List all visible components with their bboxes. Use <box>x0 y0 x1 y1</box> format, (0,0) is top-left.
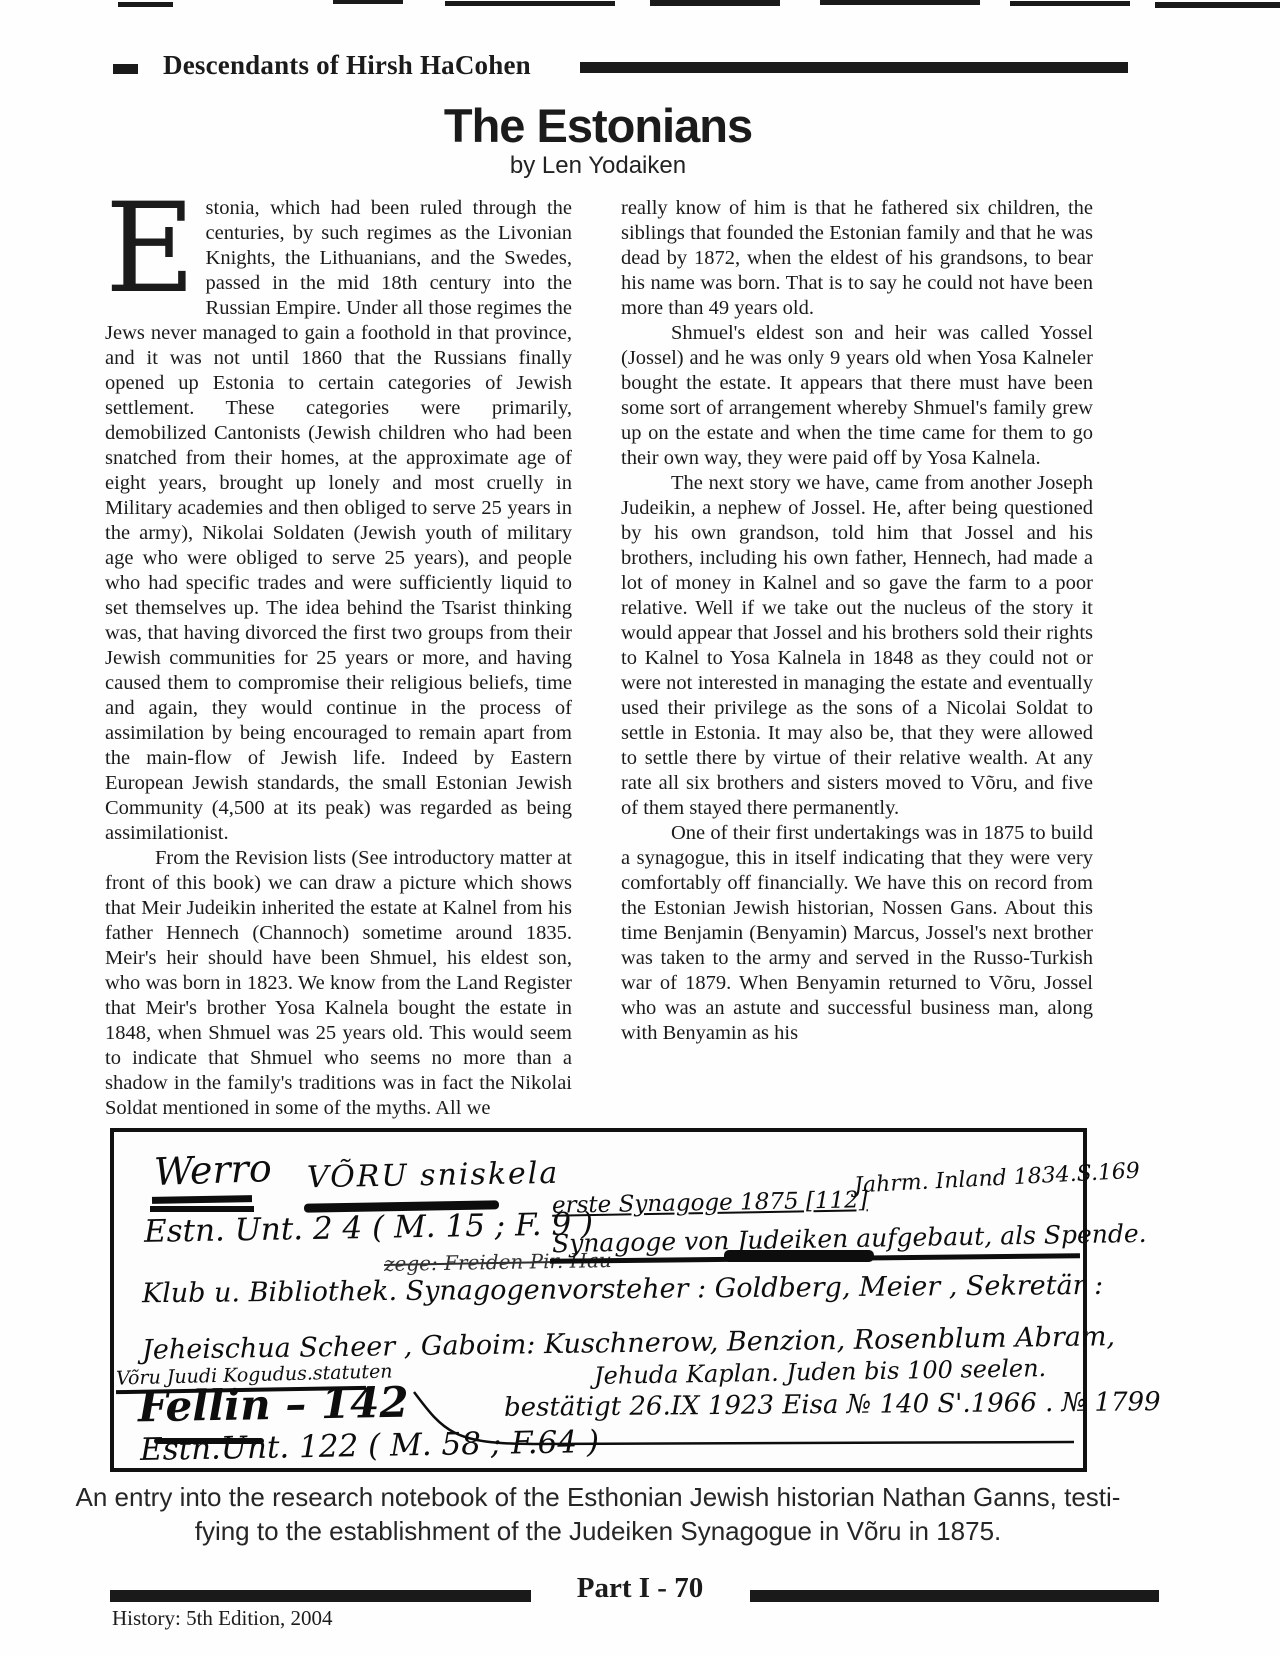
header-dash <box>113 64 138 74</box>
scan-artifact <box>650 0 780 6</box>
paragraph: Estonia, which had been ruled through th… <box>105 196 572 846</box>
caption-line: An entry into the research notebook of t… <box>0 1480 1196 1514</box>
scan-artifact <box>445 1 615 6</box>
left-column: Estonia, which had been ruled through th… <box>105 196 572 1121</box>
edition-note: History: 5th Edition, 2004 <box>112 1606 333 1631</box>
drop-cap: E <box>105 201 196 298</box>
right-column: really know of him is that he fathered s… <box>621 196 1093 1046</box>
byline: by Len Yodaiken <box>0 152 1196 180</box>
page-title: The Estonians <box>0 98 1196 153</box>
series-title: Descendants of Hirsh HaCohen <box>163 50 531 81</box>
scan-artifact <box>118 2 173 7</box>
paragraph: One of their first undertakings was in 1… <box>621 821 1093 1046</box>
connector-stroke <box>114 1132 1083 1468</box>
scan-artifact <box>1155 2 1280 8</box>
notebook-scan-image: Werro VÕRU sniskela Jahrm. Inland 1834.S… <box>110 1128 1087 1472</box>
scan-artifact <box>333 0 403 4</box>
footer-rule-left <box>110 1590 531 1602</box>
image-caption: An entry into the research notebook of t… <box>0 1480 1196 1548</box>
paragraph: From the Revision lists (See introductor… <box>105 846 572 1121</box>
paragraph: really know of him is that he fathered s… <box>621 196 1093 321</box>
caption-line: fying to the establishment of the Judeik… <box>0 1514 1196 1548</box>
scan-artifact <box>1010 1 1130 6</box>
paragraph: Shmuel's eldest son and heir was called … <box>621 321 1093 471</box>
scan-artifact <box>820 0 980 5</box>
footer-rule-right <box>750 1590 1159 1602</box>
paragraph: The next story we have, came from anothe… <box>621 471 1093 821</box>
scanned-book-page: Descendants of Hirsh HaCohen The Estonia… <box>0 0 1280 1656</box>
header-rule <box>580 62 1128 73</box>
